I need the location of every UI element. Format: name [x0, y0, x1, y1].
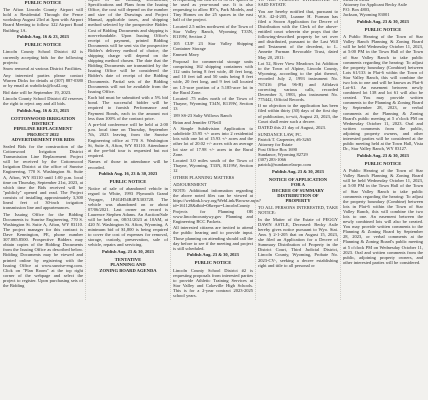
notice-paragraph: Lincoln County School District #2 is req…: [173, 268, 253, 299]
publish-line: Publish Aug. 23 & 30, 2023: [173, 252, 253, 257]
notice-paragraph: Located .75 miles north of the Town of T…: [173, 96, 253, 111]
notice-paragraph: Lincoln County School District #2 is cur…: [3, 49, 83, 64]
notice-heading: PUBLIC NOTICE: [3, 42, 83, 47]
notice-paragraph: TO ALL PERSONS INTERESTED, TAKE NOTICE:: [258, 205, 338, 215]
notice-heading: PUBLIC NOTICE: [88, 179, 168, 184]
notice-paragraph: OTHER PLANNING MATTERS: [173, 175, 253, 180]
newspaper-legal-notices-page: PUBLIC NOTICEThe Afton Lincoln County Ai…: [0, 0, 428, 400]
notice-paragraph: A pre-bid conference will be held at 2:0…: [88, 122, 168, 158]
notice-column-2: copies of the Bidding Documents, Specifi…: [85, 0, 168, 300]
notice-paragraph: Each bid must be submitted with a 5% bid…: [88, 95, 168, 120]
notice-column-5: Mead & MeadAttorney for Applicant Becky …: [340, 0, 423, 300]
notice-paragraph: copies of the Bidding Documents, Specifi…: [88, 0, 168, 94]
notice-paragraph: Sealed Bids for the construction of the …: [3, 144, 83, 210]
notice-paragraph: Emmett Mavy: [173, 52, 253, 57]
notice-paragraph: In the Matter of the Estate of PEGGY DAW…: [258, 217, 338, 268]
notice-paragraph: Notice of sale of abandoned vehicle in r…: [88, 186, 168, 247]
notice-columns: PUBLIC NOTICEThe Afton Lincoln County Ai…: [0, 0, 428, 300]
notice-heading: NOTICE OF APPLICATION FOR A DECREE OF SU…: [258, 177, 338, 203]
publish-line: Publish Aug. 23 & 30, 2023: [343, 153, 423, 158]
notice-paragraph: All interested citizens are invited to a…: [173, 225, 253, 250]
notice-paragraph: Lot 52, River View Meadows 1st Addition …: [258, 61, 338, 102]
publish-line: Publish Aug. 16, 23 & 30, 2023: [88, 171, 168, 176]
notice-heading: PUBLIC NOTICE: [343, 27, 423, 32]
notice-paragraph: ADJOURNMENT: [173, 182, 253, 187]
notice-paragraph: DATED this 21 day of August, 2023.: [258, 125, 338, 130]
notice-paragraph: If no objection to the application has b…: [258, 103, 338, 123]
publish-line: Publish Aug. 23 & 30, 2023: [343, 19, 423, 24]
notice-heading: PUBLIC NOTICE: [173, 260, 253, 265]
notice-column-1: PUBLIC NOTICEThe Afton Lincoln County Ai…: [3, 0, 83, 300]
notice-paragraph: Located 3.0 miles south of the Town of T…: [173, 158, 253, 173]
address-line: patrick@sundancelawpc.com: [258, 162, 338, 167]
publish-line: Publish Aug. 23 & 30, 2023: [258, 169, 338, 174]
notice-paragraph: The Issuing Office for the Bidding Docum…: [3, 212, 83, 288]
publish-line: Publish Aug. 16 & 23, 2023: [3, 108, 83, 113]
notice-paragraph: A Public Hearing of the Town of Star Val…: [343, 168, 423, 265]
notice-paragraph: Snow removal at various District Facilit…: [3, 66, 83, 71]
notice-heading: COTTONWOOD IRRIGATION DISTRICT PIPELINE …: [3, 116, 83, 142]
publish-line: Publish Aug. 23 & 30, 2023: [88, 249, 168, 254]
notice-paragraph: Located 2.5 miles northwest of the Town …: [173, 24, 253, 39]
notice-paragraph: TO ALL PERSONS INTERESTED IN SAID ESTATE: [258, 0, 338, 7]
notice-column-3: is requesting the east 25 of 50 RV space…: [170, 0, 253, 300]
notice-paragraph: 105 CUP 23 Star Valley Shipping Containe…: [173, 41, 253, 51]
notice-paragraph: The Afton Lincoln County Airport will ho…: [3, 7, 83, 32]
notice-column-4: TO ALL PERSONS INTERESTED IN SAID ESTATE…: [255, 0, 338, 300]
notice-paragraph: Lincoln County School District #2 reserv…: [3, 96, 83, 106]
notice-heading: PUBLIC NOTICE: [3, 0, 83, 5]
notice-heading: TENTATIVE PLANNING AND ZONING BOARD AGEN…: [88, 257, 168, 273]
notice-paragraph: NOTE: Additional information regarding t…: [173, 188, 253, 224]
notice-paragraph: You are hereby notified that, pursuant t…: [258, 9, 338, 60]
notice-paragraph: Bid date will be September 19, 2023.: [3, 90, 83, 95]
notice-paragraph: is requesting the east 25 of 50 RV space…: [173, 0, 253, 22]
notice-paragraph: A Simple Subdivision Application to subd…: [173, 126, 253, 157]
notice-paragraph: A Public Hearing of the Town of Star Val…: [343, 34, 423, 151]
address-line: Jackson, Wyoming 83001: [343, 12, 423, 17]
notice-paragraph: Brian and Jennifer O'Neill: [173, 120, 253, 125]
notice-paragraph: 189 SS-23 Salty Willows Ranch: [173, 113, 253, 118]
notice-heading: PUBLIC NOTICE: [343, 161, 423, 166]
notice-paragraph: Any interested parties please contact Wa…: [3, 73, 83, 88]
notice-paragraph: Proposal for commercial storage units co…: [173, 59, 253, 95]
publish-line: Publish Aug. 16 & 23, 2023: [3, 34, 83, 39]
notice-paragraph: Names of those in attendance will be rec…: [88, 159, 168, 169]
